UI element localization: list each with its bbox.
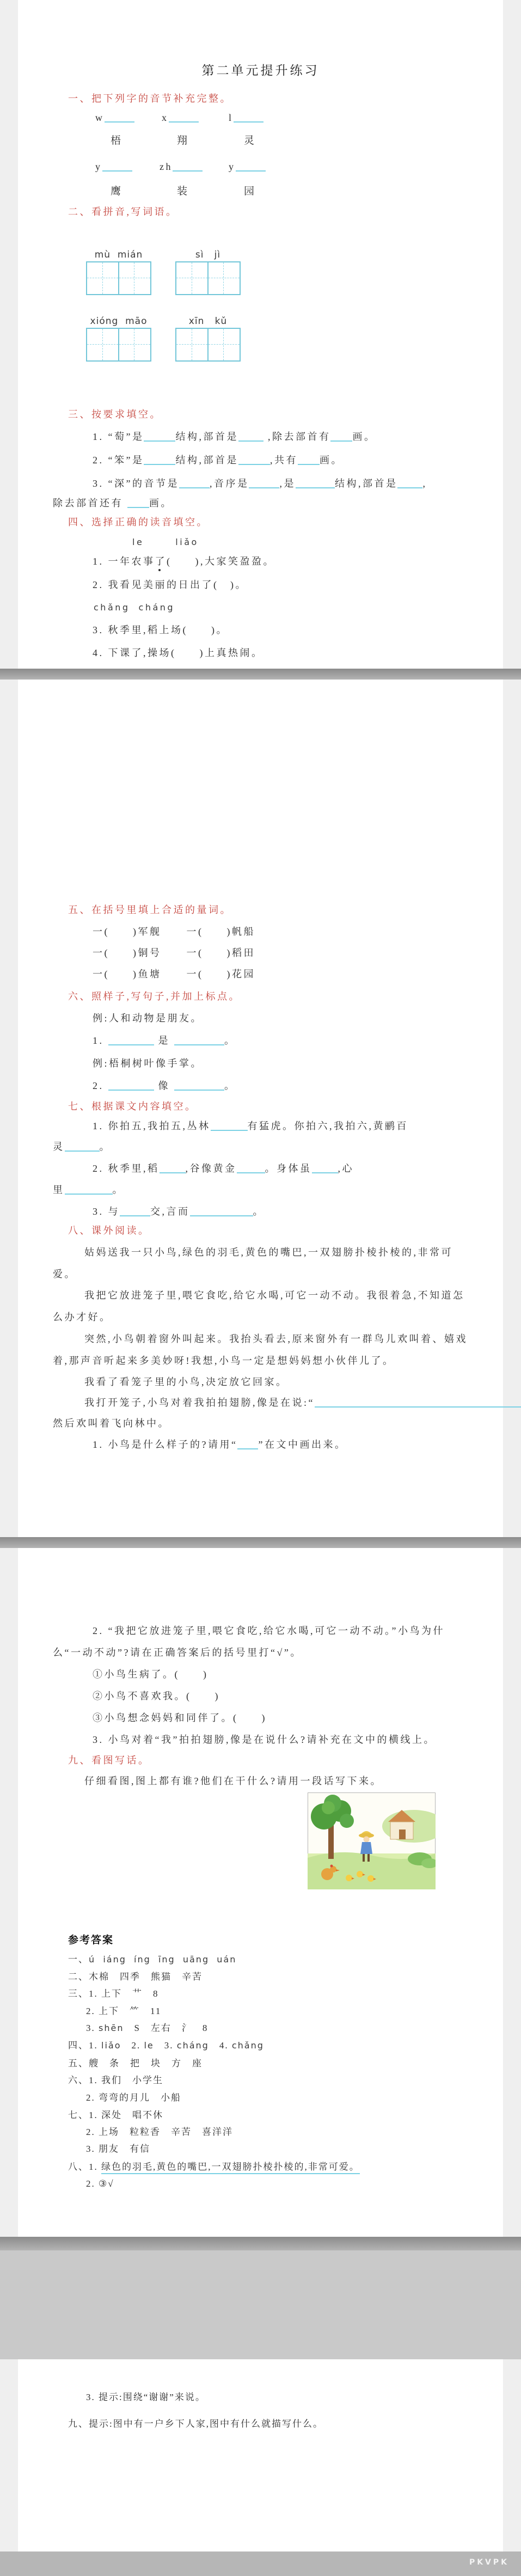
- blank-underline: [174, 1081, 224, 1091]
- text-run: 2.: [93, 1080, 108, 1091]
- section6-heading: 六、照样子,写句子,并加上标点。: [68, 990, 241, 1003]
- section1-heading: 一、把下列字的音节补充完整。: [68, 93, 232, 105]
- answer-line-7-2: 2. 上场 粒粒香 辛苦 喜洋洋: [86, 2126, 233, 2138]
- text-run: 画。: [320, 455, 343, 466]
- section2-heading: 二、看拼音,写词语。: [68, 206, 178, 218]
- blank-underline: [237, 1440, 258, 1449]
- section7-heading: 七、根据课文内容填空。: [68, 1100, 197, 1113]
- text-run: 画。: [149, 498, 173, 509]
- s8-question-1: 1. 小鸟是什么样子的?请用“”在文中画出来。: [93, 1439, 346, 1451]
- character: 装: [167, 183, 197, 198]
- text-run: 。: [224, 1080, 236, 1091]
- text-run: y: [95, 161, 102, 172]
- answers-heading: 参考答案: [68, 1934, 114, 1947]
- text-run: 。身体虽: [265, 1163, 312, 1174]
- blank-underline: [211, 1122, 248, 1131]
- s8-option-3: ③小鸟想念妈妈和同伴了。( ): [93, 1712, 267, 1724]
- spacer: [162, 977, 187, 977]
- blank-underline: [160, 1164, 186, 1173]
- blank-underline: [173, 162, 203, 172]
- blank-underline: [296, 479, 335, 488]
- character: 鹰: [101, 183, 131, 198]
- pinyin-label: mù mián: [86, 249, 151, 260]
- pinyin-text: chǎng: [94, 602, 130, 613]
- section9-heading: 九、看图写话。: [68, 1754, 150, 1767]
- blank-underline: [234, 113, 263, 123]
- pinyin-text: liǎo: [175, 537, 198, 547]
- blank-underline: [237, 1164, 265, 1173]
- spacer: [144, 544, 175, 545]
- text-run: 3.: [154, 2040, 177, 2051]
- blank-underline: [169, 113, 199, 123]
- text-run: 1. 一年农事: [93, 556, 155, 567]
- passage-line: 然后欢叫着飞向林中。: [53, 1417, 170, 1430]
- blank-underline: [108, 1081, 154, 1091]
- s4-item-2: 2. 我看见美丽的日出了( )。: [93, 579, 247, 591]
- text-run: 有猛虎。你拍六,我拍六,黄鹂百: [248, 1121, 409, 1131]
- page-4: [18, 2359, 503, 2551]
- answer-line-8-1: 八、1. 绿色的羽毛,黄色的嘴巴,一双翅膀扑棱扑棱的,非常可爱。: [68, 2161, 360, 2173]
- text-run: 结构,部首是: [175, 455, 238, 466]
- pinyin-label: xióng māo: [86, 316, 151, 327]
- syllable-item: x: [162, 112, 199, 124]
- answer-line-5: 五、艘 条 把 块 方 座: [68, 2058, 203, 2069]
- blank-underline: [144, 456, 175, 465]
- character: 灵: [234, 132, 264, 147]
- blank-underline: [105, 113, 134, 123]
- text-run: 1. “萄”是: [93, 431, 144, 442]
- page-title: 第二单元提升练习: [18, 63, 503, 79]
- pinyin-text: ú iáng íng īng uāng uán: [89, 1954, 236, 1965]
- pinyin-text: le: [144, 2040, 154, 2051]
- page-separator: [0, 1537, 521, 1548]
- answer-line-4: 四、1. liǎo 2. le 3. cháng 4. chǎng: [68, 2040, 264, 2051]
- answer-line-7-3: 3. 朋友 有信: [86, 2143, 150, 2155]
- s8-question-3: 3. 小鸟对着“我”拍拍翅膀,像是在说什么?请补充在文中的横线上。: [93, 1734, 436, 1746]
- answer-line-3-1: 三、1. 上下 艹 8: [68, 1988, 159, 1999]
- blank-underline: [312, 1164, 338, 1173]
- text-run: 1. 你拍五,我拍五,丛林: [93, 1121, 211, 1131]
- text-run: ,: [422, 478, 427, 489]
- answer-line-6-2: 2. 弯弯的月儿 小船: [86, 2092, 181, 2103]
- text-run: ,谷像黄金: [186, 1163, 237, 1174]
- text-run: ,除去部首有: [263, 431, 331, 442]
- text-run: 一( )帆船: [187, 926, 256, 937]
- s3-item-1: 1. “萄”是结构,部首是 ,除去部首有画。: [93, 431, 376, 443]
- syllable-item: y: [95, 161, 132, 173]
- text-run: ,是: [279, 478, 296, 489]
- answer-line-2: 二、木棉 四季 熊猫 辛苦: [68, 1971, 203, 1983]
- s7-item-3: 3. 与交,言而。: [93, 1206, 265, 1218]
- s4-item-1: 1. 一年农事了( ),大家笑盈盈。: [93, 555, 275, 568]
- text-run: x: [162, 112, 169, 123]
- underlined-answer: 绿色的羽毛,黄色的嘴巴,一双翅膀扑棱扑棱的,非常可爱。: [101, 2162, 360, 2174]
- answer-line-3-2: 2. 上下 ⺮ 11: [86, 2005, 161, 2017]
- s4-item-4: 4. 下课了,操场( )上真热闹。: [93, 647, 263, 659]
- section8-heading: 八、课外阅读。: [68, 1225, 150, 1237]
- passage-line: 么办才好。: [53, 1311, 112, 1324]
- blank-underline: [174, 1036, 224, 1045]
- text-run: 2. 秋季里,稻: [93, 1163, 160, 1174]
- answer-line-8-3: 3. 提示:围绕“谢谢”来说。: [86, 2391, 206, 2403]
- text-run: 我打开笼子,小鸟对着我拍拍翅膀,像是在说:“: [84, 1397, 315, 1408]
- s4-item-3: 3. 秋季里,稻上场( )。: [93, 624, 228, 637]
- watermark: PKVPK: [469, 2558, 509, 2567]
- text-run: 2. “笨”是: [93, 455, 144, 466]
- pinyin-text: shēn: [99, 2023, 124, 2033]
- spacer: [130, 610, 139, 610]
- pronunciation-options: chǎngcháng: [94, 601, 175, 614]
- blank-underline: [238, 456, 270, 465]
- blank-underline: [127, 499, 149, 508]
- pronunciation-options: leliǎo: [132, 536, 199, 548]
- text-run: ”在文中画出来。: [258, 1439, 346, 1450]
- answer-line-3-3: 3. shēn S 左右 氵 8: [86, 2022, 208, 2034]
- s7-item-1-wrap: 灵。: [53, 1141, 111, 1153]
- syllable-item: l: [229, 112, 263, 124]
- text-run: 是: [154, 1035, 175, 1046]
- blank-underline: [65, 1142, 100, 1152]
- blank-underline: [236, 162, 266, 172]
- passage-line: 着,那声音听起来多美妙呀!我想,小鸟一定是想妈妈想小伙伴儿了。: [53, 1355, 395, 1367]
- blank-underline: [120, 1207, 150, 1216]
- answer-line-9: 九、提示:图中有一户乡下人家,图中有什么就描写什么。: [68, 2418, 323, 2430]
- pinyin-text: chǎng: [232, 2040, 264, 2051]
- blank-underline: [144, 432, 175, 442]
- text-run: 一( )花园: [187, 969, 256, 980]
- text-run: 结构,部首是: [175, 431, 238, 442]
- pinyin-text: cháng: [177, 2040, 209, 2051]
- passage-line: 我打开笼子,小鸟对着我拍拍翅膀,像是在说:“”: [84, 1397, 521, 1409]
- syllable-item: zh: [160, 161, 203, 173]
- blank-underline: [179, 479, 210, 488]
- emphasized-char: 了: [155, 555, 167, 568]
- s3-item-3: 3. “深”的音节是,音序是,是结构,部首是,: [93, 478, 427, 490]
- s6-example-1: 例:人和动物是朋友。: [93, 1012, 203, 1025]
- scene-illustration: [308, 1792, 436, 1889]
- s8-option-2: ②小鸟不喜欢我。( ): [93, 1690, 220, 1703]
- text-run: ,音序是: [210, 478, 249, 489]
- blank-underline: [315, 1398, 521, 1408]
- text-run: 3.: [86, 2023, 99, 2033]
- section4-heading: 四、选择正确的读音填空。: [68, 516, 209, 529]
- blank-underline: [249, 479, 279, 488]
- text-run: 一( )军舰: [93, 926, 162, 937]
- text-run: ,心: [338, 1163, 354, 1174]
- s6-item-2: 2. 像 。: [93, 1080, 236, 1092]
- spacer: [162, 956, 187, 956]
- writing-grid: [86, 328, 151, 362]
- section3-heading: 三、按要求填空。: [68, 408, 162, 421]
- text-run: 里: [53, 1184, 65, 1195]
- writing-grid: [86, 261, 151, 295]
- s6-item-1: 1. 是 。: [93, 1035, 236, 1047]
- s9-instruction: 仔细看图,图上都有谁?他们在干什么?请用一段话写下来。: [84, 1775, 382, 1788]
- text-run: ,共有: [270, 455, 298, 466]
- passage-line: 我看了看笼子里的小鸟,决定放它回家。: [84, 1376, 288, 1388]
- answer-line-7-1: 七、1. 深处 唱不休: [68, 2109, 163, 2121]
- character: 梧: [101, 132, 131, 147]
- text-run: 八、1.: [68, 2162, 101, 2172]
- section5-heading: 五、在括号里填上合适的量词。: [68, 904, 232, 916]
- blank-underline: [108, 1036, 154, 1045]
- s7-item-2-wrap: 里。: [53, 1184, 124, 1196]
- text-run: l: [229, 112, 234, 123]
- text-run: 灵: [53, 1141, 65, 1152]
- blank-underline: [190, 1207, 253, 1216]
- s8-question-2: 2. “我把它放进笼子里,喂它食吃,给它水喝,可它一动不动。”小鸟为什: [93, 1625, 445, 1637]
- page-separator: [0, 2237, 521, 2250]
- pinyin-text: liǎo: [101, 2040, 121, 2051]
- text-run: 一、: [68, 1954, 89, 1965]
- syllable-item: w: [95, 112, 134, 124]
- text-run: 一( )铜号: [93, 947, 162, 958]
- answer-line-8-2: 2. ③√: [86, 2178, 114, 2189]
- writing-grid: [175, 261, 241, 295]
- s7-item-2: 2. 秋季里,稻,谷像黄金。身体虽,心: [93, 1162, 354, 1175]
- blank-underline: [330, 432, 352, 442]
- blank-underline: [238, 432, 263, 442]
- passage-line: 我把它放进笼子里,喂它食吃,给它水喝,可它一动不动。我很着急,不知道怎: [84, 1289, 465, 1302]
- s8-question-2-wrap: 么“一动不动”?请在正确答案后的括号里打“√”。: [53, 1647, 302, 1659]
- page-separator: [0, 669, 521, 680]
- passage-line: 姑妈送我一只小鸟,绿色的羽毛,黄色的嘴巴,一双翅膀扑棱扑棱的,非常可: [84, 1246, 453, 1259]
- blank-underline: [102, 162, 132, 172]
- text-run: 。: [113, 1184, 125, 1195]
- answer-line-6-1: 六、1. 我们 小学生: [68, 2075, 163, 2086]
- text-run: 除去部首还有: [53, 498, 127, 509]
- text-run: zh: [160, 161, 173, 172]
- text-run: 1.: [93, 1035, 108, 1046]
- text-run: 画。: [352, 431, 376, 442]
- text-run: 像: [154, 1080, 175, 1091]
- text-run: S 左右 氵 8: [124, 2023, 208, 2033]
- answer-line-1: 一、ú iáng íng īng uāng uán: [68, 1954, 236, 1965]
- syllable-item: y: [229, 161, 266, 173]
- text-run: 结构,部首是: [335, 478, 398, 489]
- pinyin-label: xīn kǔ: [175, 316, 241, 327]
- text-run: ( ),大家笑盈盈。: [167, 556, 275, 567]
- text-run: 3. “深”的音节是: [93, 478, 179, 489]
- pinyin-text: le: [132, 537, 144, 547]
- s7-item-1: 1. 你拍五,我拍五,丛林有猛虎。你拍六,我拍六,黄鹂百: [93, 1120, 408, 1133]
- s5-row-1: 一( )军舰一( )帆船: [93, 926, 255, 938]
- text-run: 4.: [209, 2040, 232, 2051]
- blank-underline: [298, 456, 320, 465]
- text-run: 一( )稻田: [187, 947, 256, 958]
- text-run: 。: [224, 1035, 236, 1046]
- page-gap: [0, 2250, 521, 2359]
- s5-row-3: 一( )鱼塘一( )花园: [93, 968, 255, 981]
- text-run: w: [95, 112, 105, 123]
- text-run: 四、1.: [68, 2040, 101, 2051]
- s5-row-2: 一( )铜号一( )稻田: [93, 947, 255, 959]
- s3-item-3-wrap: 除去部首还有 画。: [53, 497, 173, 510]
- spacer: [162, 934, 187, 935]
- text-run: 3. 与: [93, 1206, 120, 1217]
- text-run: 。: [253, 1206, 265, 1217]
- s6-example-2: 例:梧桐树叶像手掌。: [93, 1057, 203, 1070]
- document-canvas: 第二单元提升练习 一、把下列字的音节补充完整。 w x l 梧 翔 灵 y zh…: [0, 0, 521, 2576]
- blank-underline: [397, 479, 422, 488]
- character: 园: [234, 183, 264, 198]
- text-run: 2.: [121, 2040, 144, 2051]
- blank-underline: [65, 1185, 113, 1195]
- bottom-band: [0, 2551, 521, 2576]
- text-run: y: [229, 161, 236, 172]
- text-run: 。: [100, 1141, 112, 1152]
- passage-line: 爱。: [53, 1268, 76, 1281]
- text-run: 交,言而: [150, 1206, 190, 1217]
- character: 翔: [167, 132, 197, 147]
- text-run: 1. 小鸟是什么样子的?请用“: [93, 1439, 237, 1450]
- pinyin-label: sì jì: [175, 249, 241, 260]
- pinyin-text: cháng: [139, 602, 175, 613]
- text-run: 一( )鱼塘: [93, 969, 162, 980]
- s3-item-2: 2. “笨”是结构,部首是,共有画。: [93, 454, 343, 467]
- passage-line: 突然,小鸟朝着窗外叫起来。我抬头看去,原来窗外有一群鸟儿欢叫着、嬉戏: [84, 1333, 468, 1345]
- s8-option-1: ①小鸟生病了。( ): [93, 1668, 209, 1681]
- writing-grid: [175, 328, 241, 362]
